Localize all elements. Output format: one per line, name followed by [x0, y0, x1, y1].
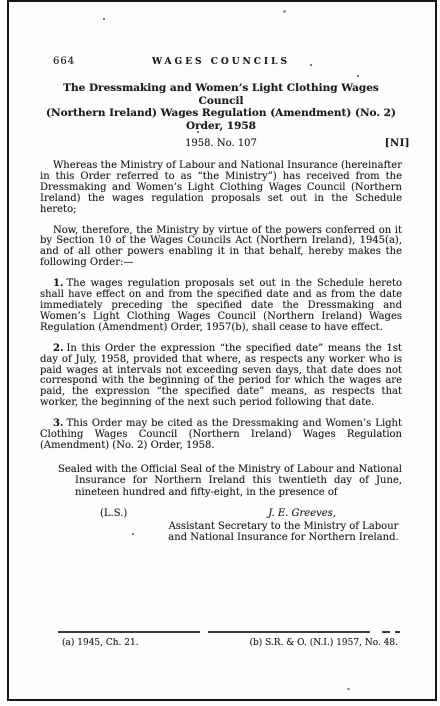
- scan-speck: [197, 131, 199, 133]
- scan-speck: [132, 533, 134, 535]
- scan-speck: [103, 18, 105, 20]
- scan-speck: [357, 75, 359, 77]
- footnote-a: (a) 1945, Ch. 21.: [62, 638, 139, 648]
- scan-speck: [283, 10, 286, 13]
- article-3: 3.This Order may be cited as the Dressma…: [40, 419, 402, 452]
- footnote-divider-segment: [208, 631, 370, 633]
- recital-now-therefore: Now, therefore, the Ministry by virtue o…: [40, 226, 402, 270]
- order-title-line-2: (Northern Ireland) Wages Regulation (Ame…: [40, 107, 402, 120]
- signature-row: (L.S.) J. E. Greeves,: [40, 508, 402, 519]
- scanned-document-page: 664 WAGES COUNCILS The Dressmaking and W…: [0, 0, 440, 706]
- signatory-role-line-1: Assistant Secretary to the Ministry of L…: [165, 521, 402, 533]
- article-2-text: In this Order the expression “the specif…: [40, 343, 402, 409]
- scan-speck: [347, 688, 350, 690]
- footnote-divider-segment: [382, 631, 390, 633]
- signatory-name: J. E. Greeves,: [268, 508, 336, 519]
- seal-locus-mark: (L.S.): [100, 508, 127, 519]
- signatory-role-line-2: and National Insurance for Northern Irel…: [165, 532, 402, 544]
- page-content: 664 WAGES COUNCILS The Dressmaking and W…: [40, 0, 402, 544]
- recital-whereas: Whereas the Ministry of Labour and Natio…: [40, 161, 402, 216]
- article-3-number: 3.: [53, 418, 63, 429]
- order-number: 1958. No. 107: [185, 138, 257, 149]
- order-number-line: 1958. No. 107 [NI]: [40, 138, 402, 151]
- footnote-area: (a) 1945, Ch. 21. (b) S.R. & O. (N.I.) 1…: [40, 631, 402, 648]
- running-title: WAGES COUNCILS: [40, 57, 402, 67]
- footnote-divider-segment: [58, 631, 200, 633]
- order-title-line-1: The Dressmaking and Women’s Light Clothi…: [40, 82, 402, 107]
- running-header: 664 WAGES COUNCILS: [40, 56, 402, 69]
- footnote-divider-segment: [395, 631, 400, 633]
- article-3-text: This Order may be cited as the Dressmaki…: [40, 418, 402, 451]
- footnote-divider: [58, 631, 402, 633]
- sealing-clause: Sealed with the Official Seal of the Min…: [58, 464, 402, 499]
- article-2: 2.In this Order the expression “the spec…: [40, 344, 402, 409]
- scan-speck: [310, 64, 312, 66]
- signatory-role: Assistant Secretary to the Ministry of L…: [165, 521, 402, 544]
- article-1-number: 1.: [53, 278, 63, 289]
- footnote-row: (a) 1945, Ch. 21. (b) S.R. & O. (N.I.) 1…: [40, 633, 402, 648]
- article-1: 1.The wages regulation proposals set out…: [40, 279, 402, 334]
- jurisdiction-tag: [NI]: [385, 138, 410, 149]
- order-title-line-3: Order, 1958: [40, 120, 402, 133]
- footnote-b: (b) S.R. & O. (N.I.) 1957, No. 48.: [249, 638, 398, 648]
- article-1-text: The wages regulation proposals set out i…: [40, 278, 402, 333]
- order-title: The Dressmaking and Women’s Light Clothi…: [40, 82, 402, 132]
- article-2-number: 2.: [53, 343, 63, 354]
